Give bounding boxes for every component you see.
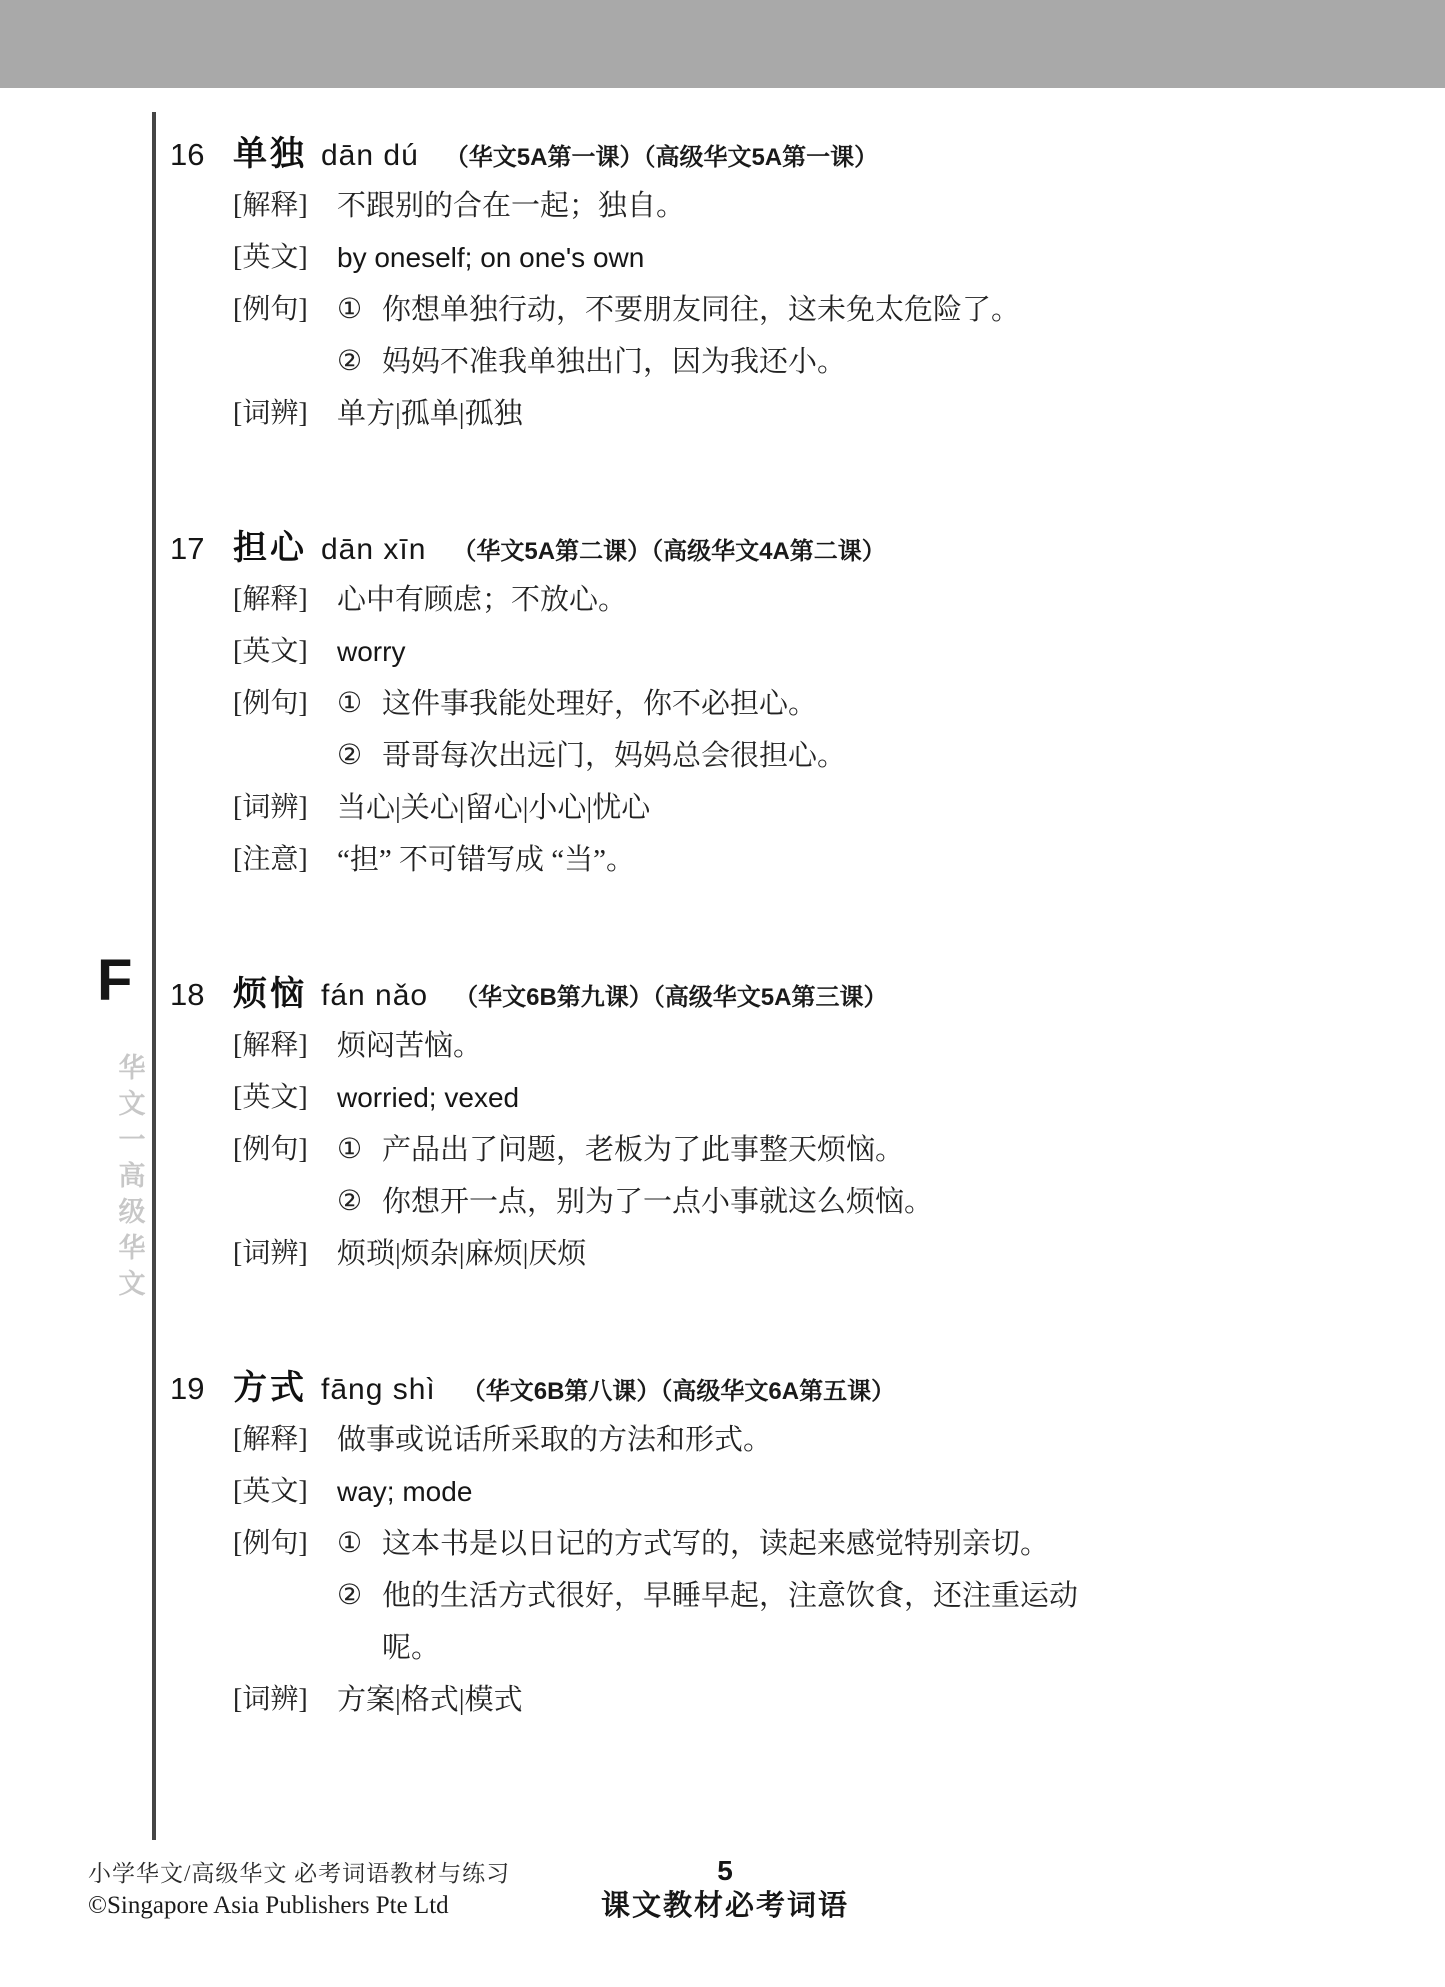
example-text: 妈妈不准我单独出门，因为我还小。 bbox=[382, 336, 846, 388]
entry-header: 19 方式 fāng shì （华文6B第八课）（高级华文6A第五课） bbox=[170, 1362, 1360, 1414]
footer-left: 小学华文/高级华文 必考词语教材与练习 ©Singapore Asia Publ… bbox=[88, 1858, 510, 1922]
discrimination-text: 方案|格式|模式 bbox=[337, 1674, 523, 1726]
english-row: [英文] way; mode bbox=[170, 1466, 1360, 1518]
english-row: [英文] worry bbox=[170, 626, 1360, 678]
entry-pinyin: dān dú bbox=[321, 130, 419, 182]
explanation-row: [解释] 烦闷苦恼。 bbox=[170, 1020, 1360, 1072]
example-text: 这件事我能处理好，你不必担心。 bbox=[382, 678, 817, 730]
english-label: [英文] bbox=[233, 1466, 323, 1518]
vocab-entry-18: 18 烦恼 fán nǎo （华文6B第九课）（高级华文5A第三课） [解释] … bbox=[170, 968, 1360, 1280]
sidebar-char: 高 bbox=[113, 1158, 151, 1194]
entry-headword: 单独 bbox=[233, 128, 307, 180]
discrimination-text: 单方|孤单|孤独 bbox=[337, 388, 523, 440]
left-divider-line bbox=[152, 112, 156, 1840]
example-marker: ② bbox=[337, 1570, 382, 1674]
example-marker: ① bbox=[337, 1518, 382, 1570]
entry-header: 16 单独 dān dú （华文5A第一课）（高级华文5A第一课） bbox=[170, 128, 1360, 180]
explain-label: [解释] bbox=[233, 1414, 323, 1466]
entry-header: 18 烦恼 fán nǎo （华文6B第九课）（高级华文5A第三课） bbox=[170, 968, 1360, 1020]
discrimination-row: [词辨] 单方|孤单|孤独 bbox=[170, 388, 1360, 440]
entry-number: 17 bbox=[170, 523, 233, 575]
discriminate-label: [词辨] bbox=[233, 388, 323, 440]
entry-pinyin: dān xīn bbox=[321, 524, 426, 576]
sidebar-char: 一 bbox=[113, 1122, 151, 1158]
example-marker: ① bbox=[337, 678, 382, 730]
example-item: ② 妈妈不准我单独出门，因为我还小。 bbox=[337, 336, 1020, 388]
english-text: worried; vexed bbox=[337, 1072, 519, 1124]
example-marker: ② bbox=[337, 1176, 382, 1228]
example-marker: ② bbox=[337, 730, 382, 782]
example-marker: ① bbox=[337, 284, 382, 336]
sidebar-char: 华 bbox=[113, 1050, 151, 1086]
english-label: [英文] bbox=[233, 626, 323, 678]
entry-lesson-refs: （华文6B第九课）（高级华文5A第三课） bbox=[454, 972, 887, 1024]
example-item: ① 产品出了问题，老板为了此事整天烦恼。 bbox=[337, 1124, 933, 1176]
explanation-text: 不跟别的合在一起；独自。 bbox=[337, 180, 685, 232]
page-number: 5 bbox=[560, 1854, 890, 1888]
entry-headword: 方式 bbox=[233, 1362, 307, 1414]
section-letter: F bbox=[97, 952, 132, 1010]
entry-number: 19 bbox=[170, 1363, 233, 1415]
explain-label: [解释] bbox=[233, 180, 323, 232]
vocab-list: 16 单独 dān dú （华文5A第一课）（高级华文5A第一课） [解释] 不… bbox=[170, 128, 1360, 1808]
example-row: [例句] ① 产品出了问题，老板为了此事整天烦恼。 ② 你想开一点，别为了一点小… bbox=[170, 1124, 1360, 1228]
explain-label: [解释] bbox=[233, 574, 323, 626]
explanation-text: 心中有顾虑；不放心。 bbox=[337, 574, 627, 626]
example-text: 这本书是以日记的方式写的，读起来感觉特别亲切。 bbox=[382, 1518, 1049, 1570]
example-text: 哥哥每次出远门，妈妈总会很担心。 bbox=[382, 730, 846, 782]
explanation-text: 做事或说话所采取的方法和形式。 bbox=[337, 1414, 772, 1466]
discriminate-label: [词辨] bbox=[233, 1674, 323, 1726]
example-row: [例句] ① 这本书是以日记的方式写的，读起来感觉特别亲切。 ② 他的生活方式很… bbox=[170, 1518, 1360, 1674]
note-label: [注意] bbox=[233, 834, 323, 886]
vocab-entry-16: 16 单独 dān dú （华文5A第一课）（高级华文5A第一课） [解释] 不… bbox=[170, 128, 1360, 440]
entry-pinyin: fāng shì bbox=[321, 1364, 436, 1416]
discrimination-row: [词辨] 烦琐|烦杂|麻烦|厌烦 bbox=[170, 1228, 1360, 1280]
discriminate-label: [词辨] bbox=[233, 782, 323, 834]
example-item: ① 你想单独行动，不要朋友同往，这未免太危险了。 bbox=[337, 284, 1020, 336]
example-list: ① 这件事我能处理好，你不必担心。 ② 哥哥每次出远门，妈妈总会很担心。 bbox=[337, 678, 846, 782]
example-text: 你想单独行动，不要朋友同往，这未免太危险了。 bbox=[382, 284, 1020, 336]
explanation-row: [解释] 做事或说话所采取的方法和形式。 bbox=[170, 1414, 1360, 1466]
footer-copyright: ©Singapore Asia Publishers Pte Ltd bbox=[88, 1890, 510, 1922]
example-marker: ② bbox=[337, 336, 382, 388]
english-text: way; mode bbox=[337, 1466, 472, 1518]
discrimination-text: 当心|关心|留心|小心|忧心 bbox=[337, 782, 650, 834]
example-item: ② 他的生活方式很好，早睡早起，注意饮食，还注重运动呢。 bbox=[337, 1570, 1082, 1674]
note-row: [注意] “担” 不可错写成 “当”。 bbox=[170, 834, 1360, 886]
discrimination-text: 烦琐|烦杂|麻烦|厌烦 bbox=[337, 1228, 586, 1280]
footer-section-title: 课文教材必考词语 bbox=[560, 1888, 890, 1924]
explanation-text: 烦闷苦恼。 bbox=[337, 1020, 482, 1072]
explain-label: [解释] bbox=[233, 1020, 323, 1072]
entry-lesson-refs: （华文5A第二课）（高级华文4A第二课） bbox=[452, 526, 885, 578]
entry-headword: 烦恼 bbox=[233, 968, 307, 1020]
entry-lesson-refs: （华文6B第八课）（高级华文6A第五课） bbox=[462, 1366, 895, 1418]
english-text: by oneself; on one's own bbox=[337, 232, 644, 284]
example-row: [例句] ① 你想单独行动，不要朋友同往，这未免太危险了。 ② 妈妈不准我单独出… bbox=[170, 284, 1360, 388]
english-row: [英文] worried; vexed bbox=[170, 1072, 1360, 1124]
example-row: [例句] ① 这件事我能处理好，你不必担心。 ② 哥哥每次出远门，妈妈总会很担心… bbox=[170, 678, 1360, 782]
discrimination-row: [词辨] 当心|关心|留心|小心|忧心 bbox=[170, 782, 1360, 834]
example-item: ② 哥哥每次出远门，妈妈总会很担心。 bbox=[337, 730, 846, 782]
example-marker: ① bbox=[337, 1124, 382, 1176]
note-text: “担” 不可错写成 “当”。 bbox=[337, 834, 635, 886]
sidebar-char: 文 bbox=[113, 1266, 151, 1302]
example-list: ① 这本书是以日记的方式写的，读起来感觉特别亲切。 ② 他的生活方式很好，早睡早… bbox=[337, 1518, 1082, 1674]
example-label: [例句] bbox=[233, 284, 323, 388]
example-text: 他的生活方式很好，早睡早起，注意饮食，还注重运动呢。 bbox=[382, 1570, 1082, 1674]
entry-headword: 担心 bbox=[233, 522, 307, 574]
explanation-row: [解释] 心中有顾虑；不放心。 bbox=[170, 574, 1360, 626]
english-row: [英文] by oneself; on one's own bbox=[170, 232, 1360, 284]
entry-lesson-refs: （华文5A第一课）（高级华文5A第一课） bbox=[445, 132, 878, 184]
example-label: [例句] bbox=[233, 1124, 323, 1228]
discriminate-label: [词辨] bbox=[233, 1228, 323, 1280]
example-text: 你想开一点，别为了一点小事就这么烦恼。 bbox=[382, 1176, 933, 1228]
example-item: ② 你想开一点，别为了一点小事就这么烦恼。 bbox=[337, 1176, 933, 1228]
sidebar-char: 级 bbox=[113, 1194, 151, 1230]
entry-number: 18 bbox=[170, 969, 233, 1021]
example-text: 产品出了问题，老板为了此事整天烦恼。 bbox=[382, 1124, 904, 1176]
vocab-entry-17: 17 担心 dān xīn （华文5A第二课）（高级华文4A第二课） [解释] … bbox=[170, 522, 1360, 886]
sidebar-char: 文 bbox=[113, 1086, 151, 1122]
sidebar-book-title: 华 文 一 高 级 华 文 bbox=[113, 1050, 151, 1302]
example-list: ① 产品出了问题，老板为了此事整天烦恼。 ② 你想开一点，别为了一点小事就这么烦… bbox=[337, 1124, 933, 1228]
example-label: [例句] bbox=[233, 678, 323, 782]
example-item: ① 这本书是以日记的方式写的，读起来感觉特别亲切。 bbox=[337, 1518, 1082, 1570]
footer-book-title: 小学华文/高级华文 必考词语教材与练习 bbox=[88, 1858, 510, 1890]
sidebar-char: 华 bbox=[113, 1230, 151, 1266]
explanation-row: [解释] 不跟别的合在一起；独自。 bbox=[170, 180, 1360, 232]
example-label: [例句] bbox=[233, 1518, 323, 1674]
entry-header: 17 担心 dān xīn （华文5A第二课）（高级华文4A第二课） bbox=[170, 522, 1360, 574]
vocab-entry-19: 19 方式 fāng shì （华文6B第八课）（高级华文6A第五课） [解释]… bbox=[170, 1362, 1360, 1726]
entry-number: 16 bbox=[170, 129, 233, 181]
footer-center: 5 课文教材必考词语 bbox=[560, 1854, 890, 1924]
entry-pinyin: fán nǎo bbox=[321, 970, 428, 1022]
english-label: [英文] bbox=[233, 232, 323, 284]
top-gray-bar bbox=[0, 0, 1445, 88]
english-label: [英文] bbox=[233, 1072, 323, 1124]
english-text: worry bbox=[337, 626, 405, 678]
example-list: ① 你想单独行动，不要朋友同往，这未免太危险了。 ② 妈妈不准我单独出门，因为我… bbox=[337, 284, 1020, 388]
example-item: ① 这件事我能处理好，你不必担心。 bbox=[337, 678, 846, 730]
discrimination-row: [词辨] 方案|格式|模式 bbox=[170, 1674, 1360, 1726]
